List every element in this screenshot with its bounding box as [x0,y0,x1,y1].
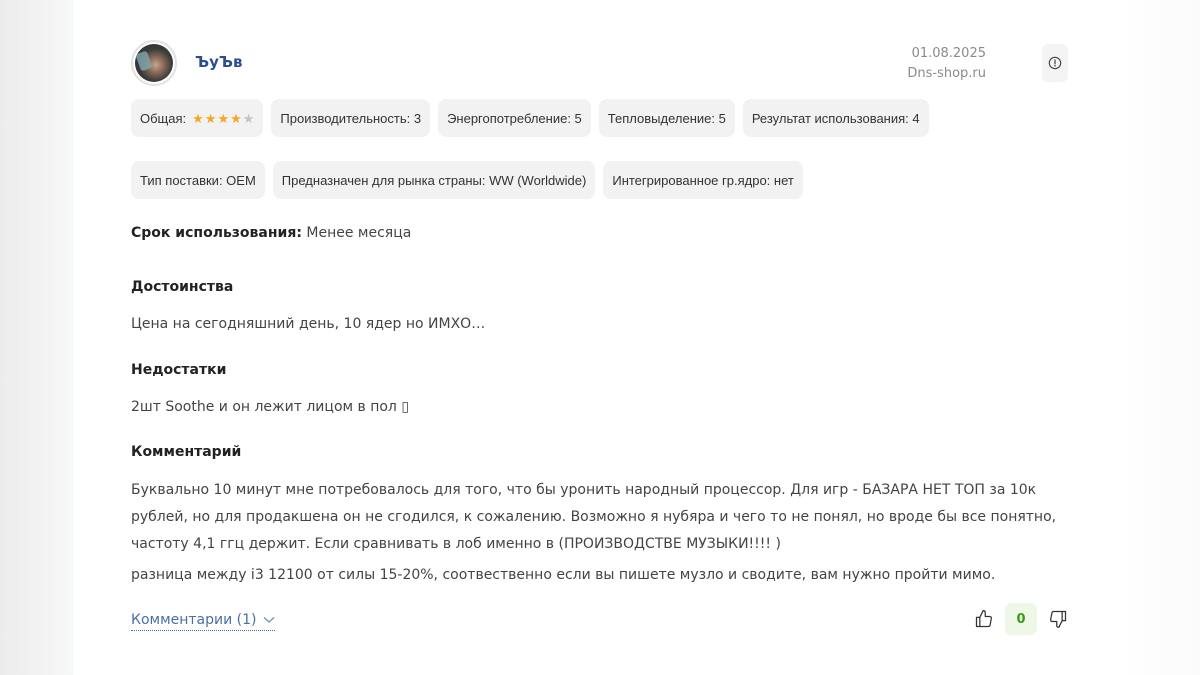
attribute-label: Предназначен для рынка страны: WW (World… [282,173,587,188]
comments-toggle-link[interactable]: Комментарии (1) [131,612,275,631]
thumbs-down-icon [1048,609,1068,629]
cons-text: 2шт Soothe и он лежит лицом в пол ▯ [131,394,1061,420]
attribute-label: Интегрированное гр.ядро: нет [612,173,794,188]
user-photo-avatar-icon [135,44,173,82]
cons-title: Недостатки [131,362,226,378]
attributes-row: Тип поставки: OEM Предназначен для рынка… [131,161,803,199]
star-icon: ★ [243,112,255,125]
star-icon: ★ [192,112,204,125]
report-button[interactable] [1042,44,1068,82]
pros-title: Достоинства [131,279,233,295]
star-rating: ★★★★★ [192,112,254,125]
dislike-button[interactable] [1045,604,1071,634]
star-icon: ★ [205,112,217,125]
exclamation-circle-icon [1048,56,1062,70]
rating-label: Энергопотребление: 5 [447,111,582,126]
attribute-chip-supply-type: Тип поставки: OEM [131,161,265,199]
review-meta: 01.08.2025 Dns-shop.ru [907,44,986,84]
star-icon: ★ [230,112,242,125]
rating-label: Общая: [140,111,186,126]
author-name[interactable]: ЪуЪв [195,53,242,71]
comment-title: Комментарий [131,444,241,460]
rating-chip-power: Энергопотребление: 5 [438,99,591,137]
like-button[interactable] [971,604,997,634]
rating-label: Тепловыделение: 5 [608,111,726,126]
vote-count: 0 [1005,603,1037,635]
author-avatar[interactable] [131,40,177,86]
vote-controls: 0 [971,603,1071,635]
comments-link-label: Комментарии (1) [131,612,257,628]
usage-period: Срок использования: Менее месяца [131,225,411,245]
attribute-label: Тип поставки: OEM [140,173,256,188]
usage-label: Срок использования: [131,225,302,241]
thumbs-up-icon [974,609,994,629]
review-source: Dns-shop.ru [907,64,986,84]
rating-label: Результат использования: 4 [752,111,920,126]
rating-label: Производительность: 3 [280,111,421,126]
usage-value: Менее месяца [306,225,411,241]
pros-text: Цена на сегодняшний день, 10 ядер но ИМХ… [131,311,1061,337]
rating-chip-heat: Тепловыделение: 5 [599,99,735,137]
attribute-chip-igpu: Интегрированное гр.ядро: нет [603,161,803,199]
review-card: ЪуЪв 01.08.2025 Dns-shop.ru Общая: ★★★★★… [73,0,1127,675]
comment-paragraph-1: Буквально 10 минут мне потребовалось для… [131,477,1061,558]
page-background-right [1127,0,1200,675]
rating-chip-result: Результат использования: 4 [743,99,929,137]
rating-chip-overall: Общая: ★★★★★ [131,99,263,137]
review-footer: Комментарии (1) 0 [131,608,1071,638]
page-background-left [0,0,73,675]
comment-paragraph-2: разница между i3 12100 от силы 15-20%, с… [131,562,1061,588]
star-icon: ★ [217,112,229,125]
chevron-down-icon [263,616,275,624]
ratings-row: Общая: ★★★★★ Производительность: 3 Энерг… [131,99,929,137]
review-date: 01.08.2025 [907,44,986,64]
rating-chip-performance: Производительность: 3 [271,99,430,137]
attribute-chip-market: Предназначен для рынка страны: WW (World… [273,161,596,199]
review-header: ЪуЪв 01.08.2025 Dns-shop.ru [131,40,1071,90]
